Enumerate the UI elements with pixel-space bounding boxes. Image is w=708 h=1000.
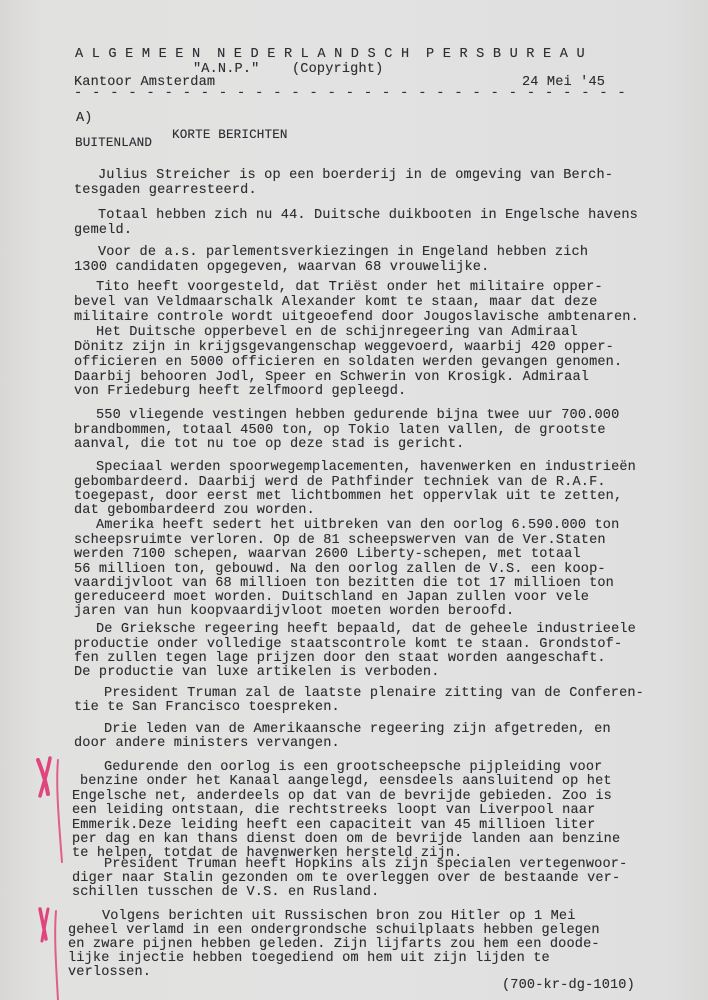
paragraph-line: De productie van luxe artikelen is verbo… — [74, 665, 440, 680]
paragraph-line: toegepast, door eerst met lichtbommen he… — [74, 489, 622, 504]
red-x-mark-icon — [30, 905, 80, 1000]
paragraph-line: Speciaal werden spoorwegemplacementen, h… — [96, 460, 636, 475]
paragraph-line: tie te San Francisco toespreken. — [74, 700, 340, 715]
paragraph-line: tesgaden gearresteerd. — [74, 183, 257, 198]
section-heading: KORTE BERICHTEN — [172, 128, 288, 143]
paragraph-line: brandbommen, totaal 4500 ton, op Tokio l… — [74, 423, 606, 438]
paragraph-line: een leiding ontstaan, die rechtstreeks l… — [72, 803, 595, 818]
paragraph-line: Voor de a.s. parlementsverkiezingen in E… — [98, 245, 588, 260]
paragraph-line: fen zullen tegen lage prijzen door den s… — [74, 651, 606, 666]
paragraph-line: Volgens berichten uit Russischen bron zo… — [102, 909, 576, 924]
paragraph-line: Tito heeft voorgesteld, dat Triëst onder… — [96, 280, 603, 295]
document-page: A L G E M E E N N E D E R L A N D S C H … — [0, 0, 708, 1000]
paragraph-line: geheel verlamd in een ondergrondsche sch… — [68, 923, 600, 938]
paragraph-line: diger naar Stalin gezonden om te overleg… — [72, 871, 620, 886]
paragraph-line: Julius Streicher is op een boerderij in … — [98, 168, 613, 183]
paragraph-line: productie onder volledige staatscontrole… — [74, 637, 622, 652]
paragraph-line: 550 vliegende vestingen hebben gedurende… — [96, 408, 619, 423]
paragraph-line: President Truman heeft Hopkins als zijn … — [104, 857, 627, 872]
paragraph-line: lijke injectie hebben toegediend om hem … — [68, 951, 550, 966]
paragraph-line: 56 millioen ton, gebouwd. Na den oorlog … — [74, 562, 606, 577]
paragraph-line: Amerika heeft sedert het uitbreken van d… — [96, 518, 619, 533]
paragraph-line: aanval, die tot nu toe op deze stad is g… — [74, 437, 464, 452]
paragraph-line: Gedurende den oorlog is een grootscheeps… — [104, 760, 602, 775]
copyright-notice: (Copyright) — [292, 62, 383, 77]
paragraph-line: officieren en 5000 officieren en soldate… — [74, 355, 622, 370]
paragraph-line: von Friedeburg heeft zelfmoord gepleegd. — [74, 384, 406, 399]
reference-code: (700-kr-dg-1010) — [502, 978, 635, 993]
paragraph-line: Engelsche net, anderdeels op dat van de … — [72, 789, 612, 804]
section-category: BUITENLAND — [75, 136, 152, 151]
paragraph-line: verlossen. — [68, 965, 151, 980]
paragraph-line: schillen tusschen de V.S. en Rusland. — [72, 885, 379, 900]
paragraph-line: per dag en kan thans dienst doen om de b… — [72, 832, 620, 847]
paragraph-line: 1300 candidaten opgegeven, waarvan 68 vr… — [74, 260, 489, 275]
paragraph-line: militaire controle wordt uitgeoefend doo… — [74, 310, 639, 325]
paragraph-line: scheepsruimte verloren. Op de 81 scheeps… — [74, 533, 606, 548]
agency-name: A L G E M E E N N E D E R L A N D S C H … — [75, 47, 585, 62]
paragraph-line: Drie leden van de Amerikaansche regeerin… — [104, 722, 611, 737]
paragraph-line: werden 7100 schepen, waarvan 2600 Libert… — [74, 547, 581, 562]
paragraph-line: gebombardeerd. Daarbij werd de Pathfinde… — [74, 475, 606, 490]
paragraph-line: Totaal hebben zich nu 44. Duitsche duikb… — [98, 208, 638, 223]
header-divider: - - - - - - - - - - - - - - - - - - - - … — [74, 86, 627, 101]
paragraph-line: Emmerik.Deze leiding heeft een capacitei… — [72, 818, 595, 833]
red-x-mark-icon — [30, 752, 80, 872]
paragraph-line: door andere ministers vervangen. — [74, 736, 340, 751]
section-label: A) — [76, 111, 93, 126]
paragraph-line: dat gebombardeerd zou worden. — [74, 503, 315, 518]
paragraph-line: gereduceerd moet worden. Duitschland en … — [74, 590, 589, 605]
paragraph-line: Daarbij behooren Jodl, Speer en Schwerin… — [74, 370, 589, 385]
paragraph-line: benzine onder het Kanaal aangelegd, eens… — [80, 774, 612, 789]
paragraph-line: gemeld. — [74, 223, 132, 238]
paragraph-line: Het Duitsche opperbevel en de schijnrege… — [96, 325, 578, 340]
paragraph-line: vaardijvloot van 68 millioen ton bezitte… — [74, 576, 614, 591]
paragraph-line: bevel van Veldmaarschalk Alexander komt … — [74, 295, 597, 310]
paragraph-line: President Truman zal de laatste plenaire… — [104, 686, 644, 701]
paragraph-line: jaren van hun koopvaardijvloot moeten wo… — [74, 604, 514, 619]
paragraph-line: De Grieksche regeering heeft bepaald, da… — [96, 622, 636, 637]
paragraph-line: en zware pijnen hebben geleden. Zijn lij… — [68, 937, 600, 952]
paragraph-line: Dönitz zijn in krijgsgevangenschap wegge… — [74, 340, 614, 355]
